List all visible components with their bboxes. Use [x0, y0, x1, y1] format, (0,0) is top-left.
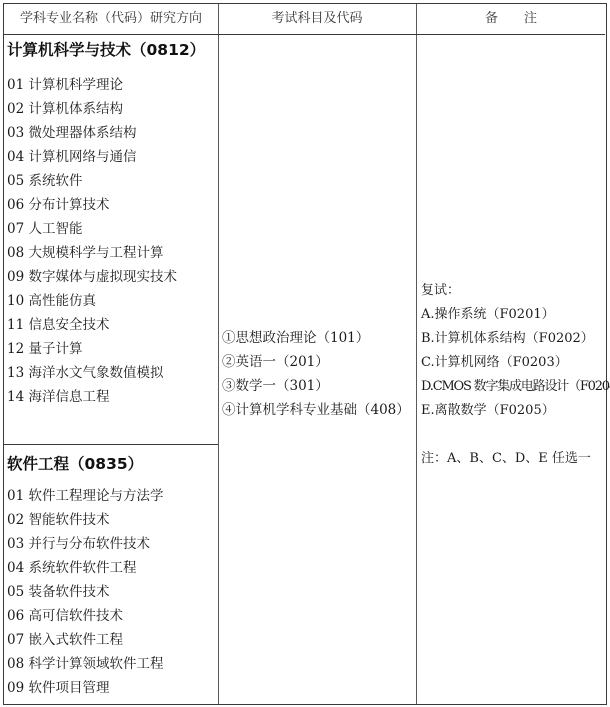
list-item: 06 分布计算技术 — [7, 193, 177, 217]
exam-subject-list: ①思想政治理论（101） ②英语一（201） ③数学一（301） ④计算机学科专… — [222, 326, 410, 422]
major-title-cs: 计算机科学与技术（0812） — [7, 38, 205, 60]
list-item: 01 计算机科学理论 — [7, 73, 177, 97]
choose-note: 注：A、B、C、D、E 任选一 — [421, 447, 610, 471]
header-divider — [4, 34, 605, 35]
major-title-se: 软件工程（0835） — [7, 452, 143, 474]
list-item: 11 信息安全技术 — [7, 313, 177, 337]
direction-list-se: 01 软件工程理论与方法学 02 智能软件技术 03 并行与分布软件技术 04 … — [7, 484, 163, 700]
list-item: 07 嵌入式软件工程 — [7, 628, 163, 652]
list-item: 05 装备软件技术 — [7, 580, 163, 604]
list-item: 05 系统软件 — [7, 169, 177, 193]
list-item: 09 软件项目管理 — [7, 676, 163, 700]
list-item: 06 高可信软件技术 — [7, 604, 163, 628]
retest-subject: B.计算机体系结构（F0202） — [421, 327, 610, 351]
exam-subject: ①思想政治理论（101） — [222, 326, 410, 350]
retest-subject: E.离散数学（F0205） — [421, 399, 610, 423]
list-item: 14 海洋信息工程 — [7, 385, 177, 409]
column-divider-2 — [416, 4, 417, 704]
direction-list-cs: 01 计算机科学理论 02 计算机体系结构 03 微处理器体系结构 04 计算机… — [7, 73, 177, 409]
retest-label: 复试： — [421, 279, 610, 303]
admissions-table: 学科专业名称（代码）研究方向 考试科目及代码 备 注 计算机科学与技术（0812… — [3, 3, 607, 705]
list-item: 12 量子计算 — [7, 337, 177, 361]
header-exam-subjects: 考试科目及代码 — [218, 4, 416, 34]
section-divider — [4, 444, 218, 445]
list-item: 08 大规模科学与工程计算 — [7, 241, 177, 265]
list-item: 10 高性能仿真 — [7, 289, 177, 313]
header-major-direction: 学科专业名称（代码）研究方向 — [4, 4, 218, 34]
retest-subject: C.计算机网络（F0203） — [421, 351, 610, 375]
list-item: 08 科学计算领域软件工程 — [7, 652, 163, 676]
list-item: 04 系统软件软件工程 — [7, 556, 163, 580]
list-item: 01 软件工程理论与方法学 — [7, 484, 163, 508]
spacer — [421, 423, 610, 447]
list-item: 03 并行与分布软件技术 — [7, 532, 163, 556]
exam-subject: ④计算机学科专业基础（408） — [222, 398, 410, 422]
list-item: 03 微处理器体系结构 — [7, 121, 177, 145]
list-item: 09 数字媒体与虚拟现实技术 — [7, 265, 177, 289]
list-item: 07 人工智能 — [7, 217, 177, 241]
retest-subject: A.操作系统（F0201） — [421, 303, 610, 327]
header-notes: 备 注 — [416, 4, 606, 34]
list-item: 02 智能软件技术 — [7, 508, 163, 532]
exam-subject: ②英语一（201） — [222, 350, 410, 374]
exam-subject: ③数学一（301） — [222, 374, 410, 398]
list-item: 13 海洋水文气象数值模拟 — [7, 361, 177, 385]
list-item: 02 计算机体系结构 — [7, 97, 177, 121]
notes-list: 复试： A.操作系统（F0201） B.计算机体系结构（F0202） C.计算机… — [421, 279, 610, 471]
retest-subject: D.CMOS 数字集成电路设计（F0204） — [421, 375, 610, 399]
column-divider-1 — [218, 4, 219, 704]
list-item: 04 计算机网络与通信 — [7, 145, 177, 169]
